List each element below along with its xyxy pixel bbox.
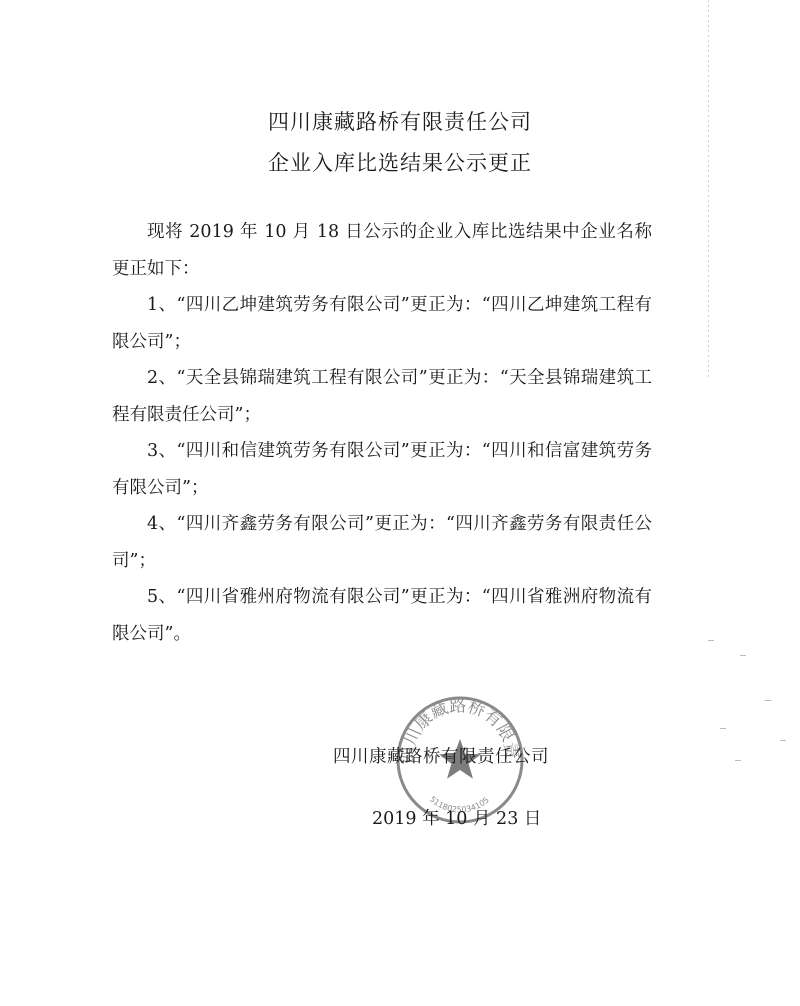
signature-organization: 四川康藏路桥有限责任公司 — [333, 743, 549, 768]
document-body: 现将 2019 年 10 月 18 日公示的企业入库比选结果中企业名称更正如下：… — [112, 214, 652, 652]
correction-item-1: 1、“四川乙坤建筑劳务有限公司”更正为：“四川乙坤建筑工程有限公司”； — [112, 287, 652, 360]
document-title-line2: 企业入库比选结果公示更正 — [0, 147, 800, 177]
signature-date: 2019 年 10 月 23 日 — [372, 805, 541, 830]
correction-item-2: 2、“天全县锦瑞建筑工程有限公司”更正为：“天全县锦瑞建筑工程有限责任公司”； — [112, 360, 652, 433]
intro-paragraph: 现将 2019 年 10 月 18 日公示的企业入库比选结果中企业名称更正如下： — [112, 214, 652, 287]
correction-item-5: 5、“四川省雅州府物流有限公司”更正为：“四川省雅洲府物流有限公司”。 — [112, 579, 652, 652]
document-title-line1: 四川康藏路桥有限责任公司 — [0, 106, 800, 136]
correction-item-3: 3、“四川和信建筑劳务有限公司”更正为：“四川和信富建筑劳务有限公司”； — [112, 433, 652, 506]
document-page: 四川康藏路桥有限责任公司 企业入库比选结果公示更正 现将 2019 年 10 月… — [0, 0, 800, 1006]
correction-item-4: 4、“四川齐鑫劳务有限公司”更正为：“四川齐鑫劳务有限责任公司”； — [112, 506, 652, 579]
